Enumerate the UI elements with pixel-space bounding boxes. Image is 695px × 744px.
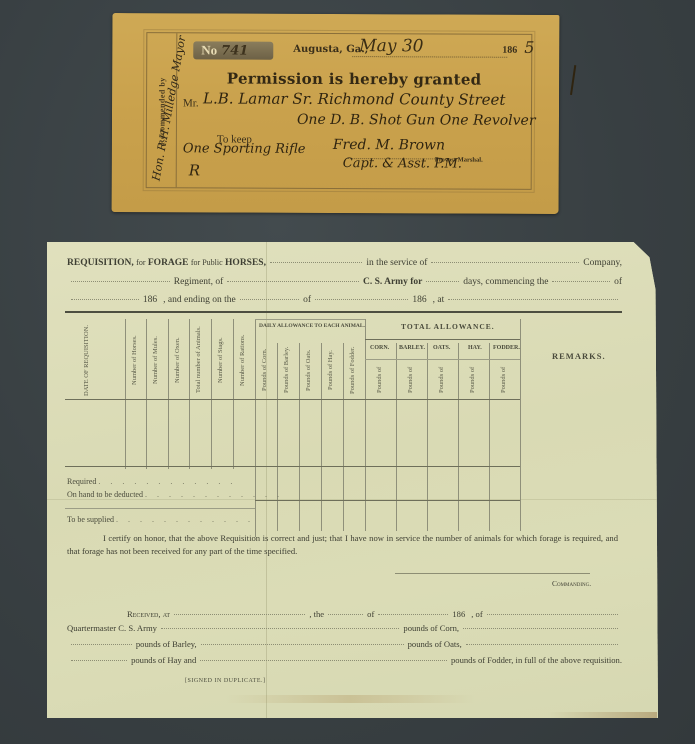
blank-field: [487, 614, 618, 615]
forage-table: DATE OF REQUISITION. Number of Horses. N…: [65, 313, 622, 531]
leader-dots: . . . . . . . . . . . .: [116, 515, 254, 524]
permission-pass-document: Recommended by Hon. R.H. Milledge Mayor …: [112, 13, 560, 214]
blank-field: [463, 628, 618, 629]
leader-dots: . . . . . . . . . . . .: [145, 490, 283, 499]
blank-field: [161, 628, 399, 629]
column-divider: [321, 343, 322, 531]
blank-field: [426, 281, 459, 282]
blank-field: [448, 299, 618, 300]
mr-label: Mr.: [183, 97, 199, 109]
commanding-label: Commanding.: [552, 579, 591, 588]
row-divider: [65, 508, 255, 509]
blank-field: [552, 281, 610, 282]
blank-field: [71, 281, 170, 282]
receipt-line-2: Quartermaster C. S. Army pounds of Corn,: [67, 623, 622, 633]
column-divider: [396, 343, 397, 531]
column-divider: [168, 319, 169, 469]
received-at-label: Received, at: [127, 609, 170, 619]
pass-number-plate: No741: [193, 41, 273, 59]
row-on-hand: On hand to be deducted . . . . . . . . .…: [67, 490, 283, 499]
blank-field: [378, 614, 448, 615]
text: of: [614, 277, 622, 287]
total-oats-sub: Pounds of: [438, 363, 445, 397]
column-divider: [489, 343, 490, 531]
column-divider: [520, 319, 521, 531]
text: for Public: [191, 258, 223, 267]
blank-field: [174, 614, 305, 615]
total-barley-header: BARLEY.: [399, 345, 425, 351]
column-divider: [299, 343, 300, 531]
column-divider: [458, 343, 459, 531]
col-header-mules: Number of Mules.: [152, 323, 159, 397]
cs-army-label: C. S. Army for: [363, 277, 422, 287]
total-hay-sub: Pounds of: [469, 363, 476, 397]
ending-on-label: , and ending on the: [163, 295, 236, 305]
year-prefix: 186: [452, 609, 465, 619]
number-label: No: [201, 42, 217, 57]
pen-stroke: [570, 65, 576, 95]
blank-field: [71, 644, 132, 645]
col-header-date: DATE OF REQUISITION.: [83, 323, 91, 399]
hay-label: pounds of Hay and: [131, 655, 196, 665]
column-divider: [211, 319, 212, 469]
blank-field: [315, 299, 408, 300]
provost-marshal-label: Provost Marshal.: [435, 156, 483, 163]
at-label: , at: [433, 295, 445, 305]
forage-word: FORAGE: [148, 258, 189, 268]
col-header-lbs-barley: Pounds of Barley.: [283, 343, 290, 397]
paper-stain: [547, 712, 657, 718]
commanding-signature-line: [395, 573, 590, 574]
row-divider: [65, 399, 520, 400]
text: of: [367, 609, 374, 619]
row-required: Required . . . . . . . . . . . .: [67, 477, 236, 486]
total-fodder-sub: Pounds of: [500, 363, 507, 397]
column-divider: [233, 319, 234, 469]
requisition-title: REQUISITION,: [67, 258, 134, 268]
pass-year-printed: 186: [502, 45, 517, 56]
year-prefix: 186: [412, 295, 426, 305]
paper-stain: [225, 695, 475, 703]
col-header-rations: Number of Rations.: [239, 323, 246, 397]
date-line: [352, 56, 507, 58]
blank-field: [240, 299, 299, 300]
col-header-lbs-hay: Pounds of Hay.: [327, 343, 334, 397]
total-barley-sub: Pounds of: [407, 363, 414, 397]
blank-field: [200, 660, 447, 661]
text: , the: [309, 609, 324, 619]
required-label: Required: [67, 477, 96, 486]
pass-year-handwritten: 5: [524, 38, 534, 57]
column-divider: [189, 319, 190, 469]
blank-field: [270, 262, 362, 263]
regiment-label: Regiment, of: [174, 277, 224, 287]
pass-border-frame: Recommended by Hon. R.H. Milledge Mayor …: [146, 32, 533, 190]
company-label: Company,: [583, 258, 622, 268]
quartermaster-label: Quartermaster C. S. Army: [67, 623, 157, 633]
blank-field: [71, 299, 139, 300]
to-be-supplied-label: To be supplied: [67, 515, 114, 524]
text: for: [136, 258, 145, 267]
row-divider: [255, 500, 520, 501]
row-divider: [255, 319, 365, 320]
text: , of: [471, 609, 482, 619]
blank-field: [328, 614, 363, 615]
column-divider: [427, 343, 428, 531]
corn-label: pounds of Corn,: [403, 623, 459, 633]
col-header-horses: Number of Horses.: [131, 323, 138, 397]
items-line-1: One D. B. Shot Gun One Revolver: [297, 112, 536, 129]
signed-in-duplicate-note: [SIGNED IN DUPLICATE.]: [185, 678, 266, 684]
row-divider: [365, 339, 520, 340]
text: in the service of: [366, 258, 427, 268]
pass-date: May 30: [359, 36, 423, 56]
col-header-lbs-fodder: Pounds of Fodder.: [349, 343, 356, 397]
initial-mark: R: [189, 161, 200, 179]
col-header-oxen: Number of Oxen.: [174, 323, 181, 397]
daily-allowance-header: DAILY ALLOWANCE TO EACH ANIMAL.: [259, 323, 365, 329]
receipt-line-1: Received, at , the of 186 , of: [67, 609, 622, 619]
row-to-be-supplied: To be supplied . . . . . . . . . . . .: [67, 515, 254, 524]
grantee-name: L.B. Lamar Sr. Richmond County Street: [203, 89, 506, 108]
items-line-2: One Sporting Rifle: [183, 141, 306, 157]
header-line-2: Regiment, of C. S. Army for days, commen…: [67, 277, 622, 287]
column-divider: [146, 319, 147, 469]
blank-field: [71, 660, 127, 661]
column-divider: [125, 319, 126, 469]
text: of: [303, 295, 311, 305]
leader-dots: . . . . . . . . . . . .: [98, 477, 236, 486]
pass-recommendation-strip: Recommended by Hon. R.H. Milledge Mayor: [147, 33, 178, 187]
row-divider: [365, 359, 520, 360]
column-divider: [343, 343, 344, 531]
fodder-label: pounds of Fodder, in full of the above r…: [451, 655, 622, 665]
total-corn-header: CORN.: [370, 345, 389, 351]
total-hay-header: HAY.: [468, 345, 482, 351]
column-divider: [277, 343, 278, 531]
col-header-lbs-corn: Pounds of Corn.: [261, 343, 268, 397]
pass-heading: Permission is hereby granted: [147, 69, 531, 89]
blank-field: [431, 262, 579, 263]
horses-word: HORSES,: [225, 258, 266, 268]
header-line-3: 186 , and ending on the of 186 , at: [67, 295, 622, 305]
col-header-lbs-oats: Pounds of Oats.: [305, 343, 312, 397]
barley-label: pounds of Barley,: [136, 639, 197, 649]
column-divider: [255, 319, 256, 537]
certification-text: I certify on honor, that the above Requi…: [67, 532, 618, 558]
total-corn-sub: Pounds of: [376, 363, 383, 397]
total-allowance-header: TOTAL ALLOWANCE.: [401, 322, 495, 331]
header-line-1: REQUISITION, for FORAGE for Public HORSE…: [67, 258, 622, 268]
year-prefix: 186: [143, 295, 157, 305]
pass-number: 741: [221, 44, 248, 59]
total-oats-header: OATS.: [433, 345, 450, 351]
pass-place: Augusta, Ga.,: [293, 44, 368, 55]
col-header-stags: Number of Stags.: [217, 323, 224, 397]
on-hand-label: On hand to be deducted: [67, 490, 143, 499]
receipt-line-4: pounds of Hay and pounds of Fodder, in f…: [67, 655, 622, 665]
blank-field: [201, 644, 404, 645]
row-divider: [65, 466, 520, 467]
forage-requisition-form: REQUISITION, for FORAGE for Public HORSE…: [47, 242, 658, 718]
total-fodder-header: FODDER.: [493, 345, 520, 351]
officer-signature: Fred. M. Brown: [333, 137, 445, 153]
oats-label: pounds of Oats,: [408, 639, 462, 649]
blank-field: [227, 281, 359, 282]
days-commencing-label: days, commencing the: [463, 277, 548, 287]
receipt-line-3: pounds of Barley, pounds of Oats,: [67, 639, 622, 649]
remarks-header: REMARKS.: [552, 351, 606, 361]
blank-field: [466, 644, 618, 645]
col-header-total-animals: Total number of Animals.: [195, 323, 202, 397]
